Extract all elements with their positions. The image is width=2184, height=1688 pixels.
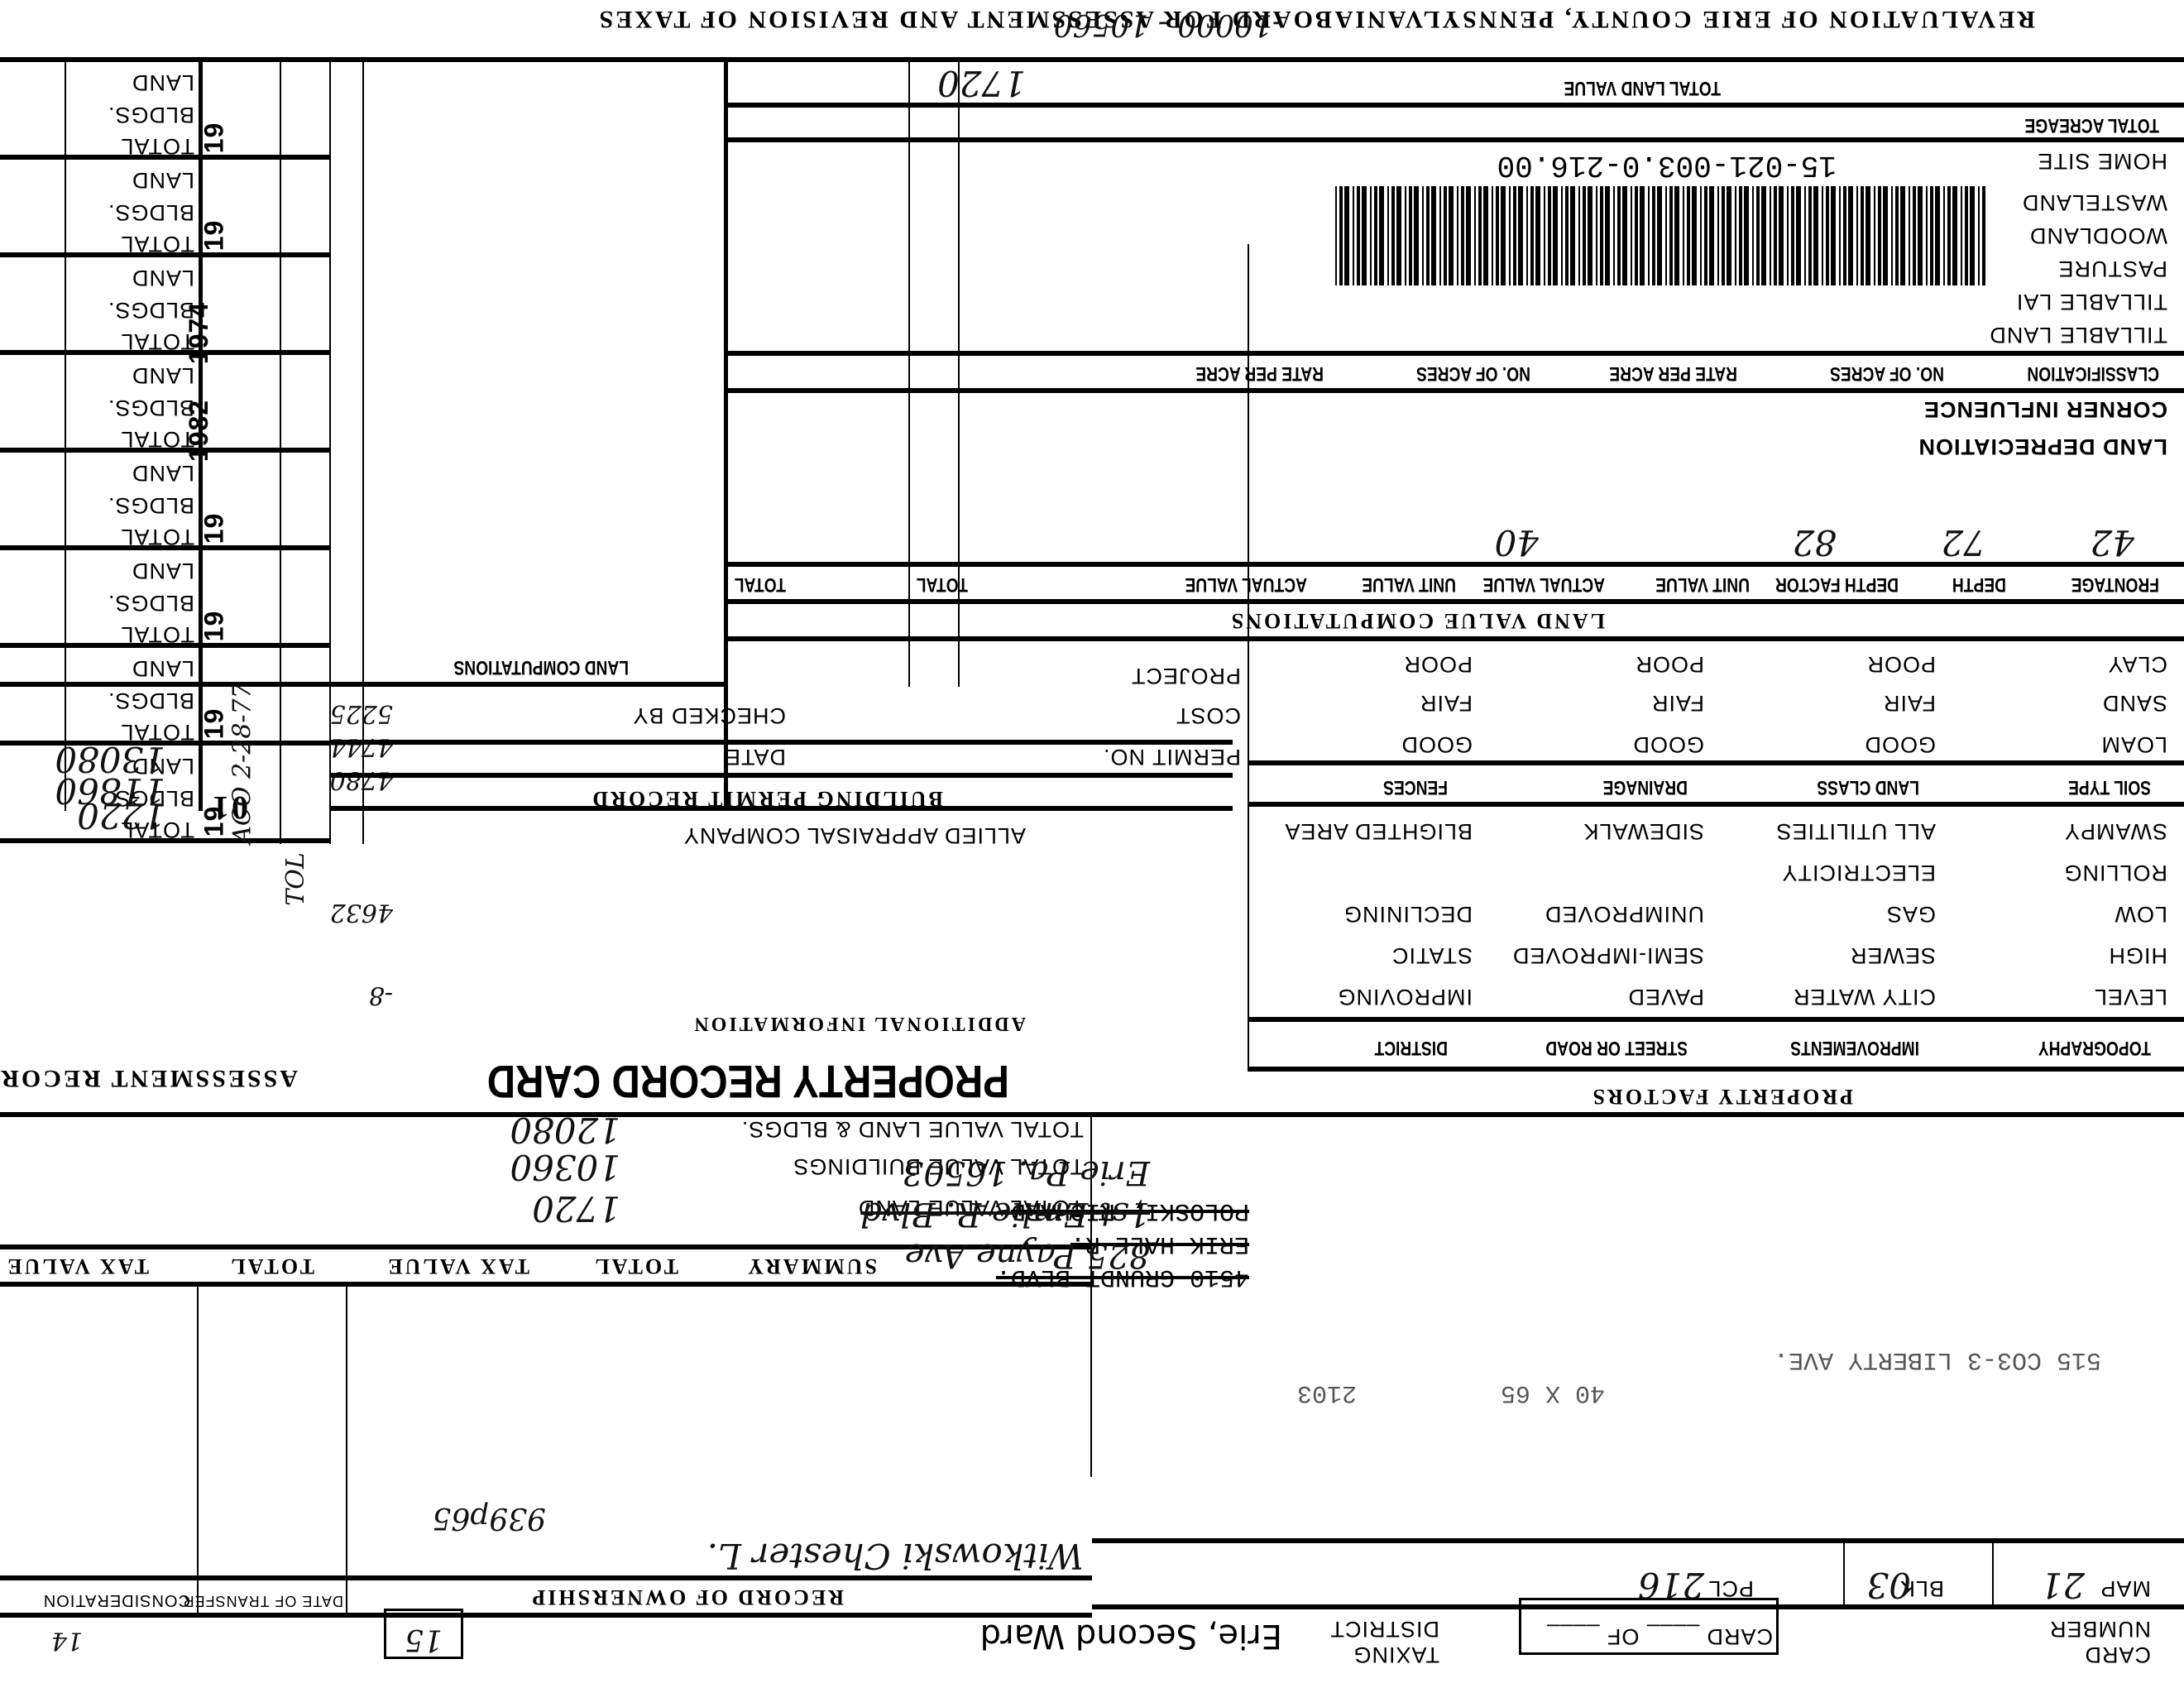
building-permit-title: BUILDING PERMIT RECORD xyxy=(590,786,943,811)
taxing-district: Erie, Second Ward xyxy=(980,1617,1282,1655)
box-number: 15 xyxy=(384,1609,463,1659)
ownership-title: RECORD OF OWNERSHIP xyxy=(529,1585,844,1609)
owner-name: Witkowski Chester L. xyxy=(707,1536,1084,1576)
card-title: PROPERTY RECORD CARD xyxy=(487,1055,1009,1109)
taxing-district-label: TAXING DISTRICT xyxy=(1324,1616,1439,1667)
handwritten-range: -10000 - 10560 xyxy=(1054,7,1282,41)
allied-company: ALLIED APPRAISAL COMPANY xyxy=(683,822,1026,848)
map-number: 21 xyxy=(2041,1565,2085,1605)
card-of-box[interactable]: CARD ____ OF ____ xyxy=(1519,1598,1779,1655)
card-number-label: CARD NUMBER xyxy=(2052,1616,2151,1667)
assessment-1982-total: 13080 xyxy=(55,739,165,779)
side-note-aco: ACO 2-28-77 xyxy=(227,683,256,843)
corner-note: 14 xyxy=(51,1626,83,1655)
summary-title: SUMMARY xyxy=(745,1254,877,1278)
parcel-id: 15-021-003.0-216.00 xyxy=(1497,148,1837,182)
assessment-record-title: ASSESSMENT RECORD xyxy=(0,1064,298,1092)
deed-ref: 939p65 xyxy=(432,1501,546,1535)
additional-info-title: ADDITIONAL INFORMATION xyxy=(692,1012,1026,1034)
total-land-value: 1720 xyxy=(937,63,1026,103)
side-note-tol: TOL xyxy=(281,852,310,906)
property-factors-title: PROPERTY FACTORS xyxy=(1591,1084,1853,1109)
divider xyxy=(0,57,2184,62)
barcode xyxy=(1332,186,1985,285)
blk-number: 03 xyxy=(1867,1565,1911,1605)
land-value-computations-title: LAND VALUE COMPUTATIONS xyxy=(1229,608,1605,633)
property-record-card: BOARD FOR ASSESSMENT AND REVISION OF TAX… xyxy=(0,0,2184,1688)
revaluation-title: REVALUATION OF ERIE COUNTY, PENNSYLVANIA xyxy=(1333,5,2035,33)
